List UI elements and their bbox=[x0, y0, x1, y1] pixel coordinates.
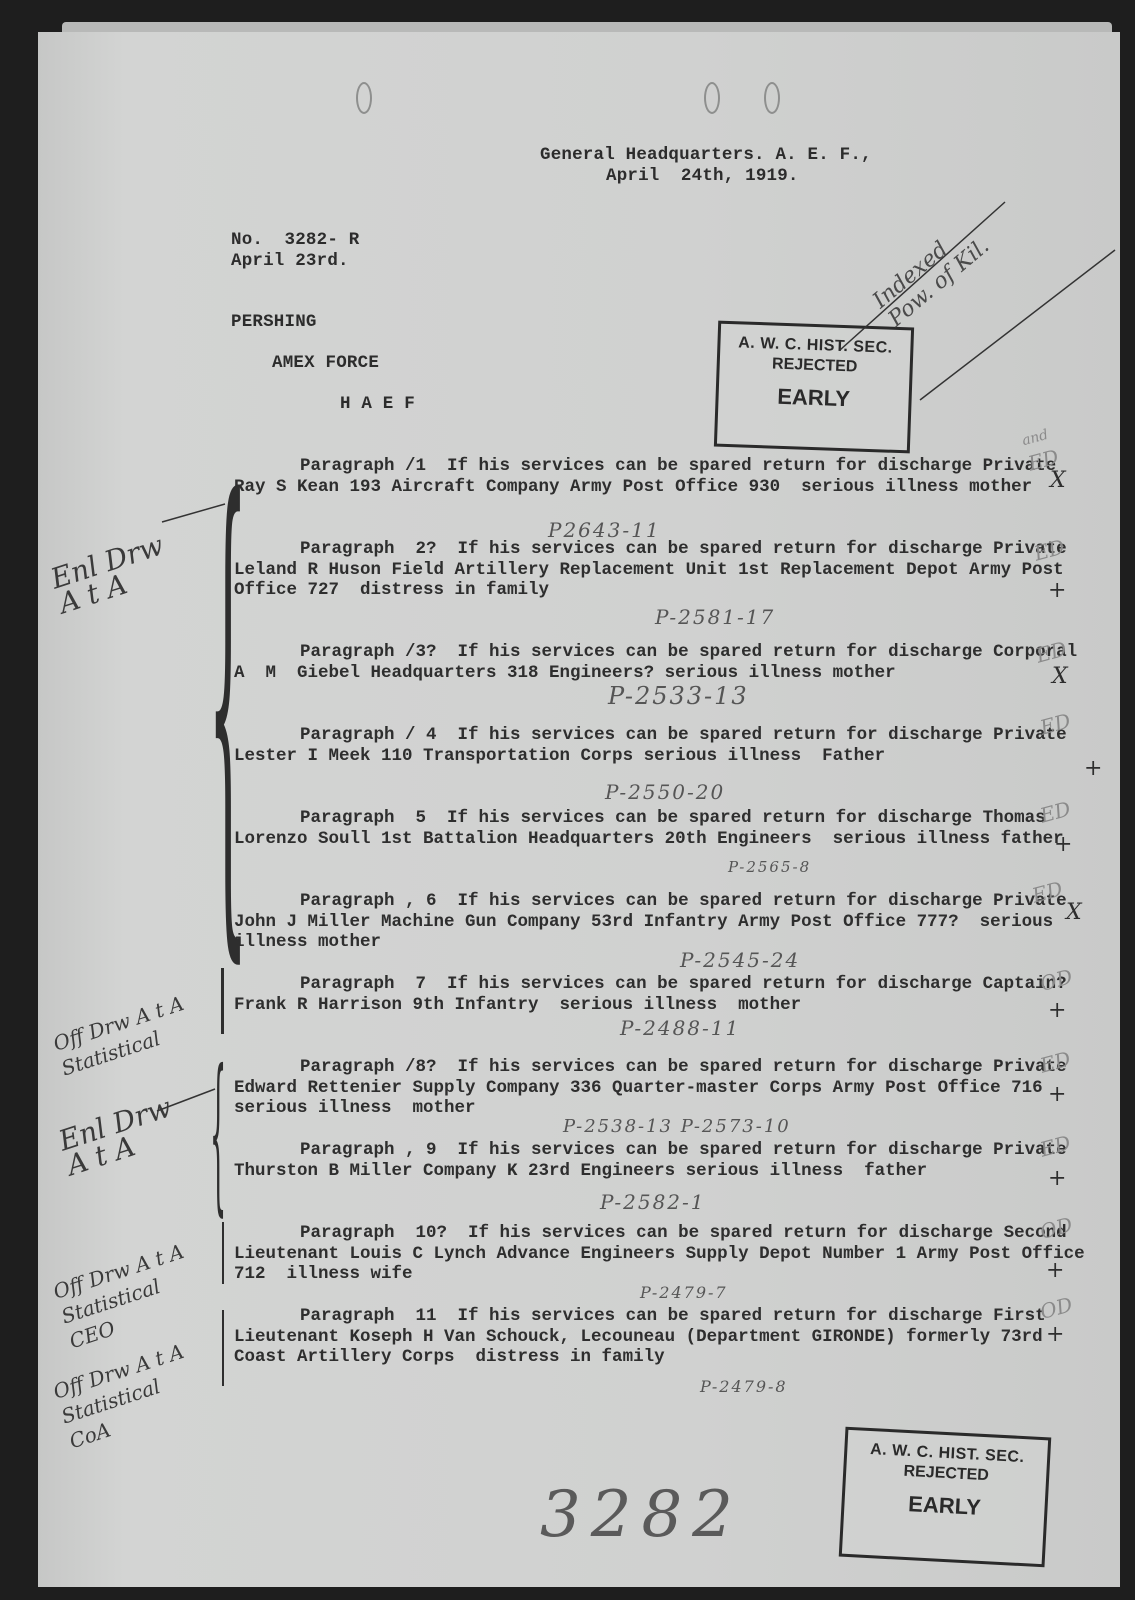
file-ref-7: P-2488-11 bbox=[620, 1016, 740, 1040]
disposition-10: + bbox=[1046, 1258, 1064, 1283]
punch-hole bbox=[704, 82, 720, 114]
file-ref-9: P-2582-1 bbox=[600, 1190, 706, 1214]
disposition-1: X bbox=[1050, 468, 1066, 493]
file-ref-2: P-2581-17 bbox=[655, 605, 775, 629]
paragraph-8: Paragraph /8? If his services can be spa… bbox=[234, 1057, 1094, 1119]
disposition-4: + bbox=[1084, 756, 1102, 781]
addressee-1: PERSHING bbox=[231, 312, 317, 332]
bracket-group-3: { bbox=[210, 1048, 226, 1218]
stamp-line-3: EARLY bbox=[844, 1488, 1045, 1524]
addressee-3: H A E F bbox=[340, 394, 415, 414]
paragraph-3: Paragraph /3? If his services can be spa… bbox=[234, 642, 1094, 683]
paragraph-4: Paragraph / 4 If his services can be spa… bbox=[234, 725, 1094, 766]
disposition-3: X bbox=[1052, 664, 1068, 689]
paragraph-2: Paragraph 2? If his services can be spar… bbox=[234, 539, 1094, 601]
punch-hole bbox=[764, 82, 780, 114]
paragraph-9: Paragraph , 9 If his services can be spa… bbox=[234, 1140, 1094, 1181]
paragraph-1: Paragraph /1 If his services can be spar… bbox=[234, 456, 1094, 497]
reference-date: April 23rd. bbox=[231, 251, 349, 271]
disposition-11: + bbox=[1046, 1322, 1064, 1347]
paragraph-11: Paragraph 11 If his services can be spar… bbox=[234, 1306, 1094, 1368]
file-number: 3282 bbox=[540, 1478, 743, 1552]
reference-number: No. 3282- R bbox=[231, 230, 359, 250]
disposition-5: + bbox=[1054, 832, 1072, 857]
disposition-6: X bbox=[1066, 900, 1082, 925]
file-ref-5: P-2565-8 bbox=[728, 858, 811, 876]
file-ref-4: P-2550-20 bbox=[605, 780, 725, 804]
rejected-stamp-bottom: A. W. C. HIST. SEC. REJECTED EARLY bbox=[839, 1427, 1052, 1568]
punch-hole bbox=[356, 82, 372, 114]
bracket-group-5 bbox=[222, 1310, 224, 1386]
file-ref-11: P-2479-8 bbox=[700, 1377, 788, 1396]
file-ref-8: P-2538-13 P-2573-10 bbox=[563, 1116, 791, 1137]
disposition-7: + bbox=[1048, 998, 1066, 1023]
bracket-group-4 bbox=[222, 1222, 224, 1284]
margin-arrow-1 bbox=[160, 500, 230, 530]
disposition-2: + bbox=[1048, 578, 1066, 603]
disposition-8: + bbox=[1048, 1082, 1066, 1107]
paragraph-7: Paragraph 7 If his services can be spare… bbox=[234, 974, 1094, 1015]
header-date: April 24th, 1919. bbox=[606, 166, 799, 186]
addressee-2: AMEX FORCE bbox=[272, 353, 379, 373]
disposition-9: + bbox=[1048, 1166, 1066, 1191]
file-ref-6: P-2545-24 bbox=[680, 948, 800, 972]
margin-arrow-2 bbox=[155, 1085, 225, 1115]
paragraph-6: Paragraph , 6 If his services can be spa… bbox=[234, 891, 1094, 953]
header-origin: General Headquarters. A. E. F., bbox=[540, 145, 872, 165]
bracket-group-2 bbox=[221, 968, 224, 1034]
paragraph-10: Paragraph 10? If his services can be spa… bbox=[234, 1223, 1094, 1285]
paragraph-5: Paragraph 5 If his services can be spare… bbox=[234, 808, 1094, 849]
file-ref-3: P-2533-13 bbox=[608, 682, 749, 710]
file-ref-10: P-2479-7 bbox=[640, 1283, 728, 1302]
